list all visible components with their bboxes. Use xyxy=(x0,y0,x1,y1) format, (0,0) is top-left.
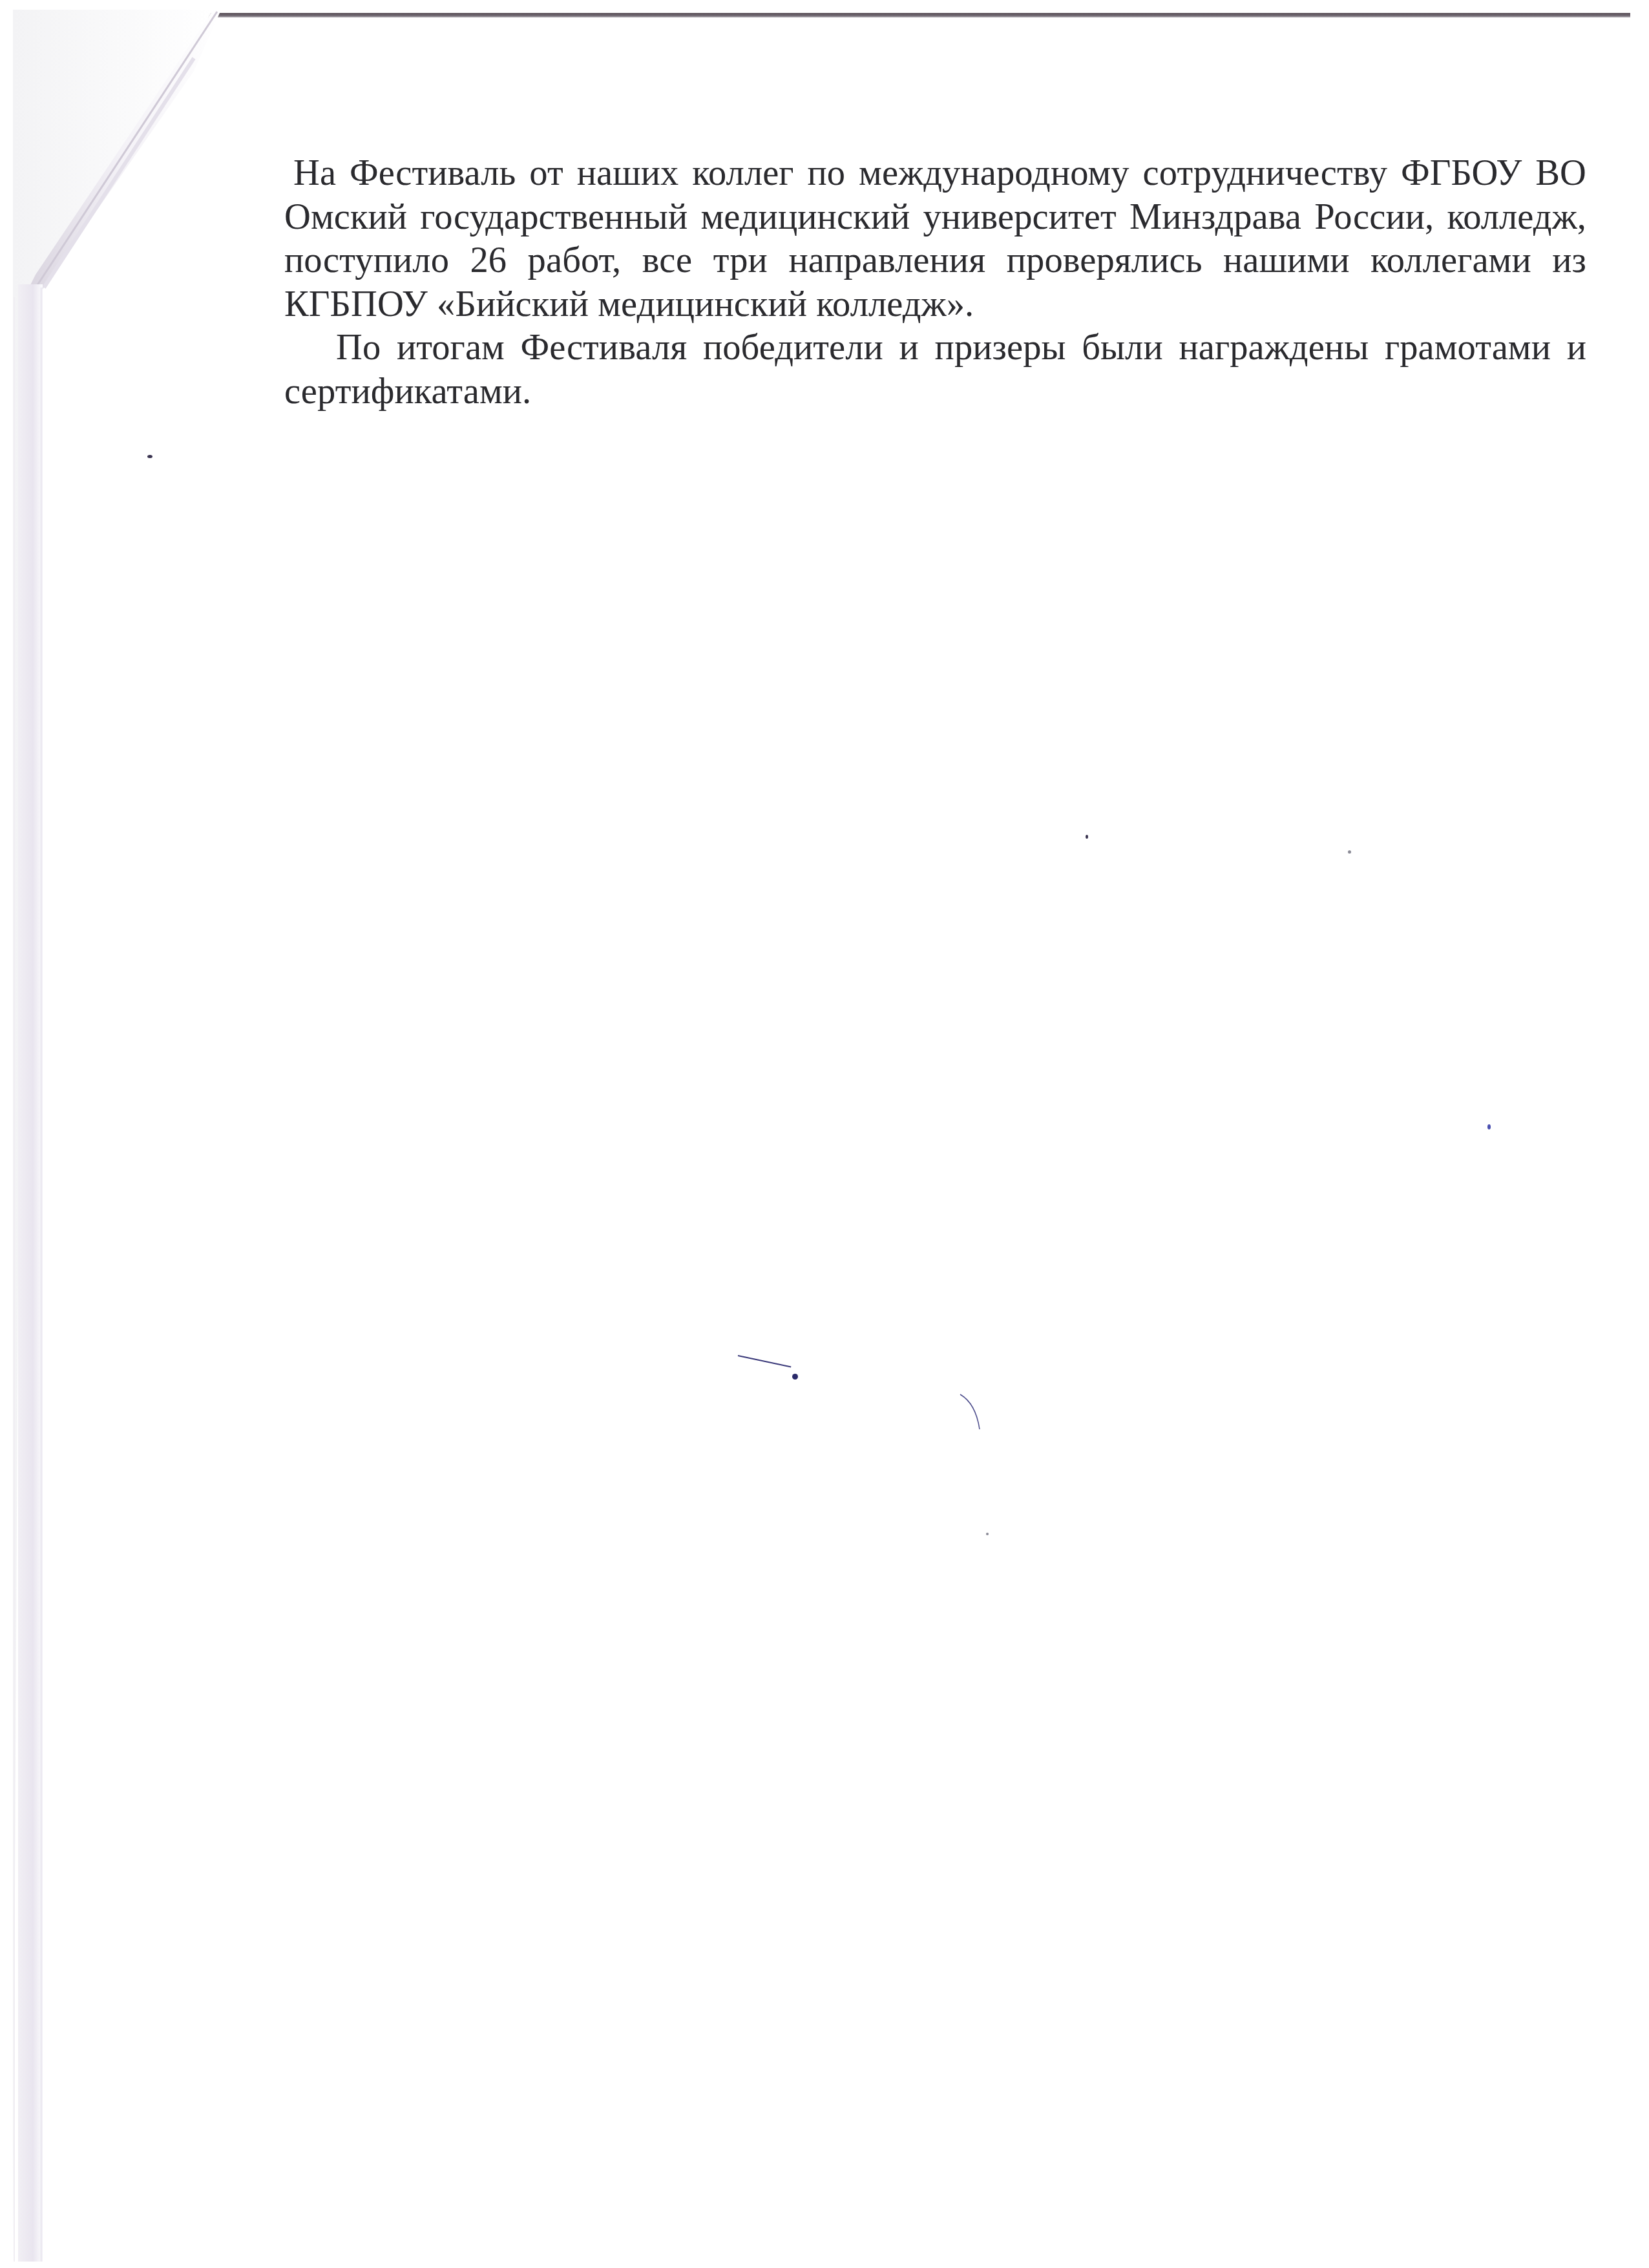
scan-speck xyxy=(792,1374,798,1380)
paragraph-festival-submissions: На Фестиваль от наших коллег по междунар… xyxy=(284,152,1586,326)
document-body: На Фестиваль от наших коллег по междунар… xyxy=(284,152,1586,414)
scan-speck xyxy=(1348,850,1351,854)
scan-speck xyxy=(986,1533,989,1535)
paragraph-festival-results: По итогам Фестиваля победители и призеры… xyxy=(284,326,1586,414)
scan-speck xyxy=(1487,1124,1491,1129)
document-page: На Фестиваль от наших коллег по междунар… xyxy=(0,0,1649,2268)
page-top-edge xyxy=(205,13,1630,17)
scan-speck xyxy=(1086,835,1088,839)
ink-arc xyxy=(956,1389,995,1434)
ink-stroke xyxy=(738,1355,792,1367)
scan-speck xyxy=(147,455,152,458)
